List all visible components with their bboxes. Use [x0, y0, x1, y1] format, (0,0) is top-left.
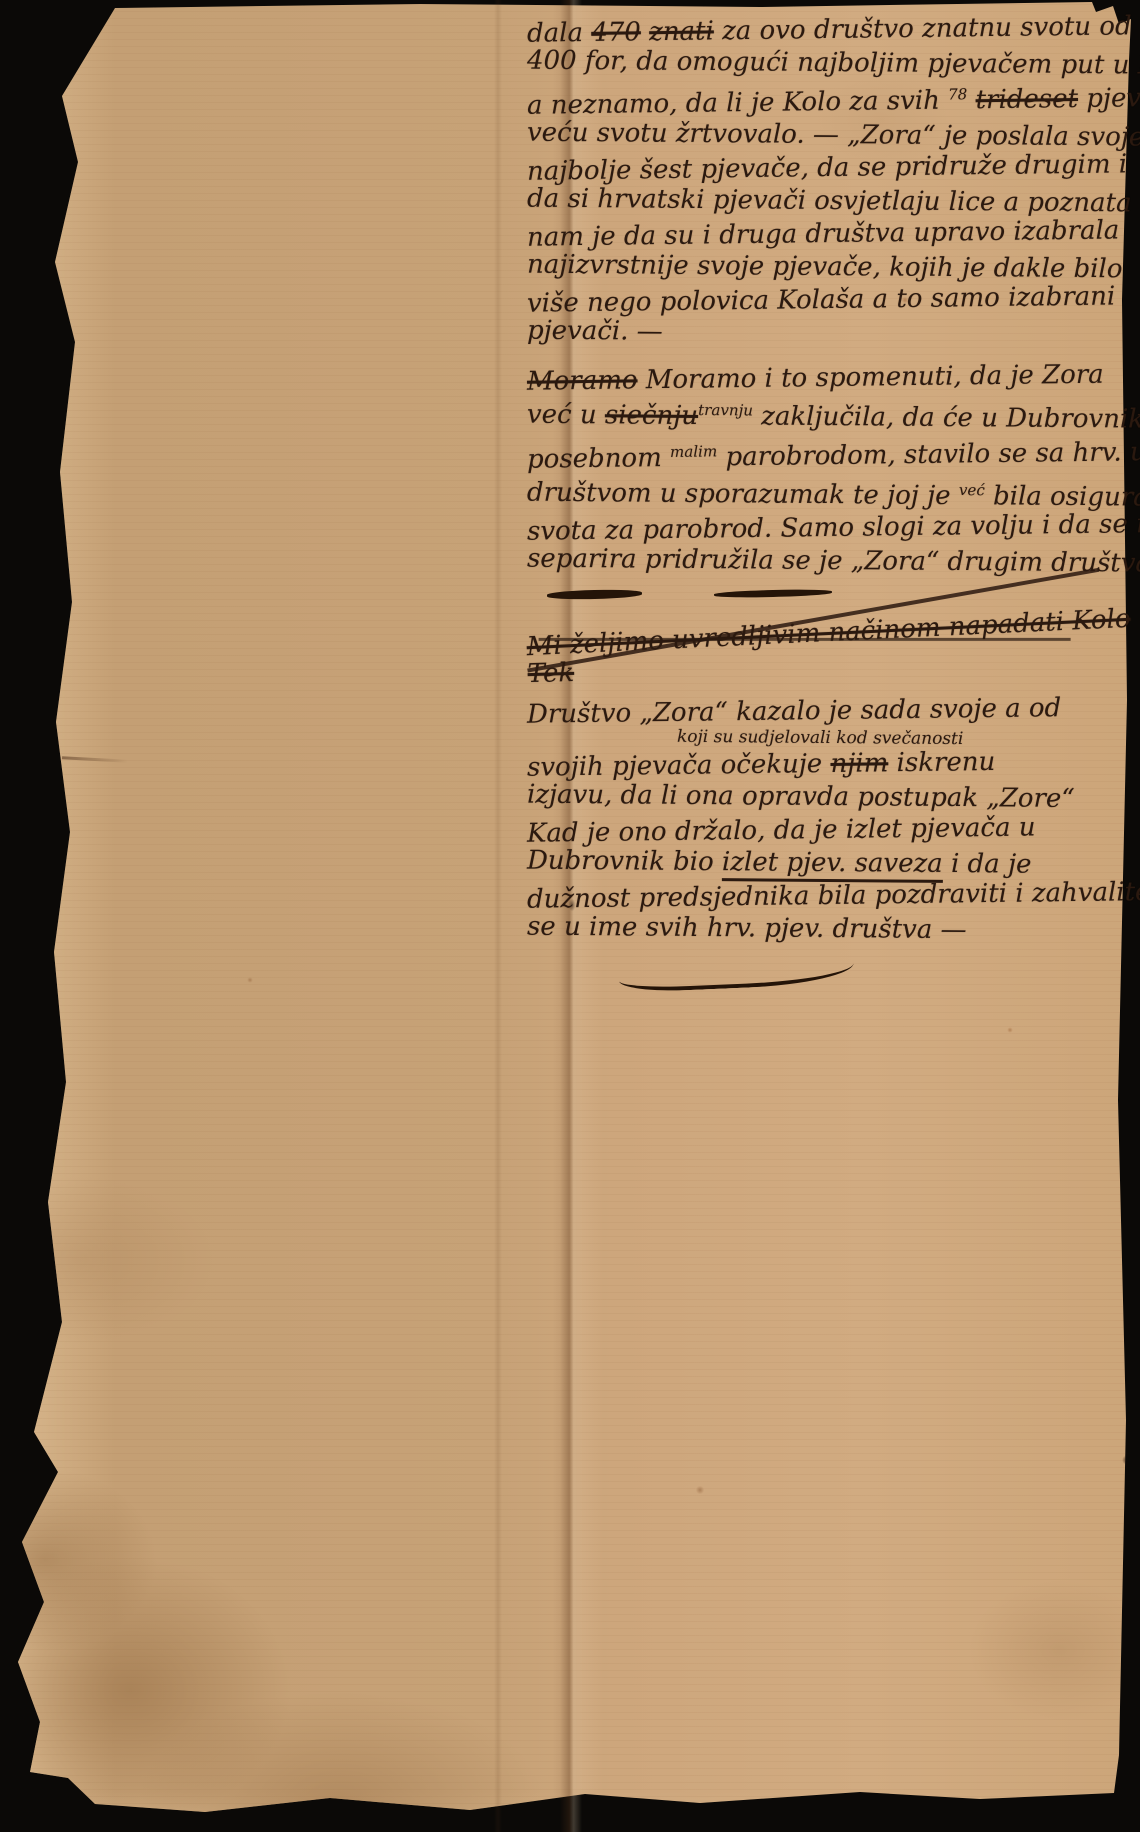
- text: dužnost predsjednika bila pozdraviti i z…: [527, 877, 1140, 915]
- manuscript-line: pjevači. —: [527, 315, 1131, 353]
- struck-text: trideset: [975, 84, 1078, 115]
- closing-flourish: [619, 955, 855, 993]
- ink-stroke: [547, 589, 642, 600]
- text: separira pridružila se je „Zora“ drugim …: [527, 544, 1140, 579]
- text: da si hrvatski pjevači osvjetlaju lice a…: [527, 184, 1132, 219]
- text: društvom u sporazumak te joj je: [527, 478, 959, 511]
- text: a neznamo, da li je Kolo za svih: [527, 86, 948, 121]
- text: za ovo društvo znatnu svotu od: [714, 11, 1132, 46]
- text: izjavu, da li ona opravda postupak „Zore…: [527, 780, 1075, 814]
- manuscript-line: se u ime svih hrv. pjev. društva —: [527, 911, 1131, 949]
- inserted-text: 78: [948, 85, 967, 103]
- manuscript-scan: dala 470 znati za ovo društvo znatnu svo…: [0, 0, 1140, 1832]
- manuscript-line: separira pridružila se je „Zora“ drugim …: [527, 543, 1131, 581]
- left-page-crease: [494, 0, 502, 1832]
- ink-stroke: [714, 589, 832, 599]
- struck-text: njim: [830, 748, 888, 779]
- manuscript-text: dala 470 znati za ovo društvo znatnu svo…: [527, 14, 1131, 988]
- text: veću svotu žrtvovalo. — „Zora“ je poslal…: [527, 118, 1140, 153]
- text: se u ime svih hrv. pjev. društva —: [527, 912, 967, 945]
- struck-text: znati: [649, 16, 714, 47]
- inserted-text: već: [959, 481, 985, 499]
- ink-emphasis-strokes: [547, 590, 1131, 599]
- text: najbolje šest pjevače, da se pridruže dr…: [527, 149, 1127, 186]
- text: Dubrovnik bio: [527, 846, 722, 878]
- underlined-text: izlet pjev. saveza: [722, 847, 943, 883]
- inserted-text: malim: [670, 442, 717, 461]
- manuscript-paragraph: dala 470 znati za ovo društvo znatnu svo…: [527, 14, 1131, 350]
- struck-text: siečnju: [605, 400, 698, 431]
- text: Kad je ono držalo, da je izlet pjevača u: [527, 813, 1036, 849]
- struck-text: 470: [591, 17, 641, 48]
- text: nam je da su i druga društva upravo izab…: [527, 216, 1120, 253]
- manuscript-line: već u siečnjutravnju zaključila, da će u…: [527, 393, 1131, 437]
- text: već u: [527, 400, 605, 431]
- manuscript-paragraph: Društvo „Zora“ kazalo je sada svoje a od…: [527, 695, 1131, 946]
- text: 400 for, da omogući najboljim pjevačem p…: [527, 46, 1140, 82]
- text: najizvrstnije svoje pjevače, kojih je da…: [527, 250, 1123, 285]
- manuscript-line: a neznamo, da li je Kolo za svih 78 trid…: [527, 76, 1131, 122]
- text: pjevača: [1078, 83, 1140, 114]
- text: svojih pjevača očekuje: [527, 749, 831, 783]
- text: iskrenu: [888, 747, 995, 778]
- text: svota za parobrod. Samo slogi za volju i…: [527, 509, 1140, 547]
- manuscript-line: posebnom malim parobrodom, stavilo se sa…: [527, 430, 1131, 476]
- text: parobrodom, stavilo se sa hrv. ugarsk. p…: [717, 434, 1140, 473]
- inserted-text: travnju: [698, 401, 753, 419]
- text: Društvo „Zora“ kazalo je sada svoje a od: [527, 693, 1062, 730]
- scribbled-out-paragraph: Mi željimo uvredljivim načinom napadati …: [526, 607, 1132, 694]
- text: Moramo i to spomenuti, da je Zora: [637, 360, 1104, 396]
- text: Tek: [527, 658, 574, 689]
- text: pjevači. —: [527, 316, 663, 347]
- text: više nego polovica Kolaša a to samo izab…: [527, 282, 1116, 319]
- manuscript-line: društvom u sporazumak te joj je već bila…: [527, 471, 1131, 515]
- manuscript-paragraph: Moramo Moramo i to spomenuti, da je Zora…: [527, 362, 1131, 578]
- text: i da je: [943, 849, 1032, 880]
